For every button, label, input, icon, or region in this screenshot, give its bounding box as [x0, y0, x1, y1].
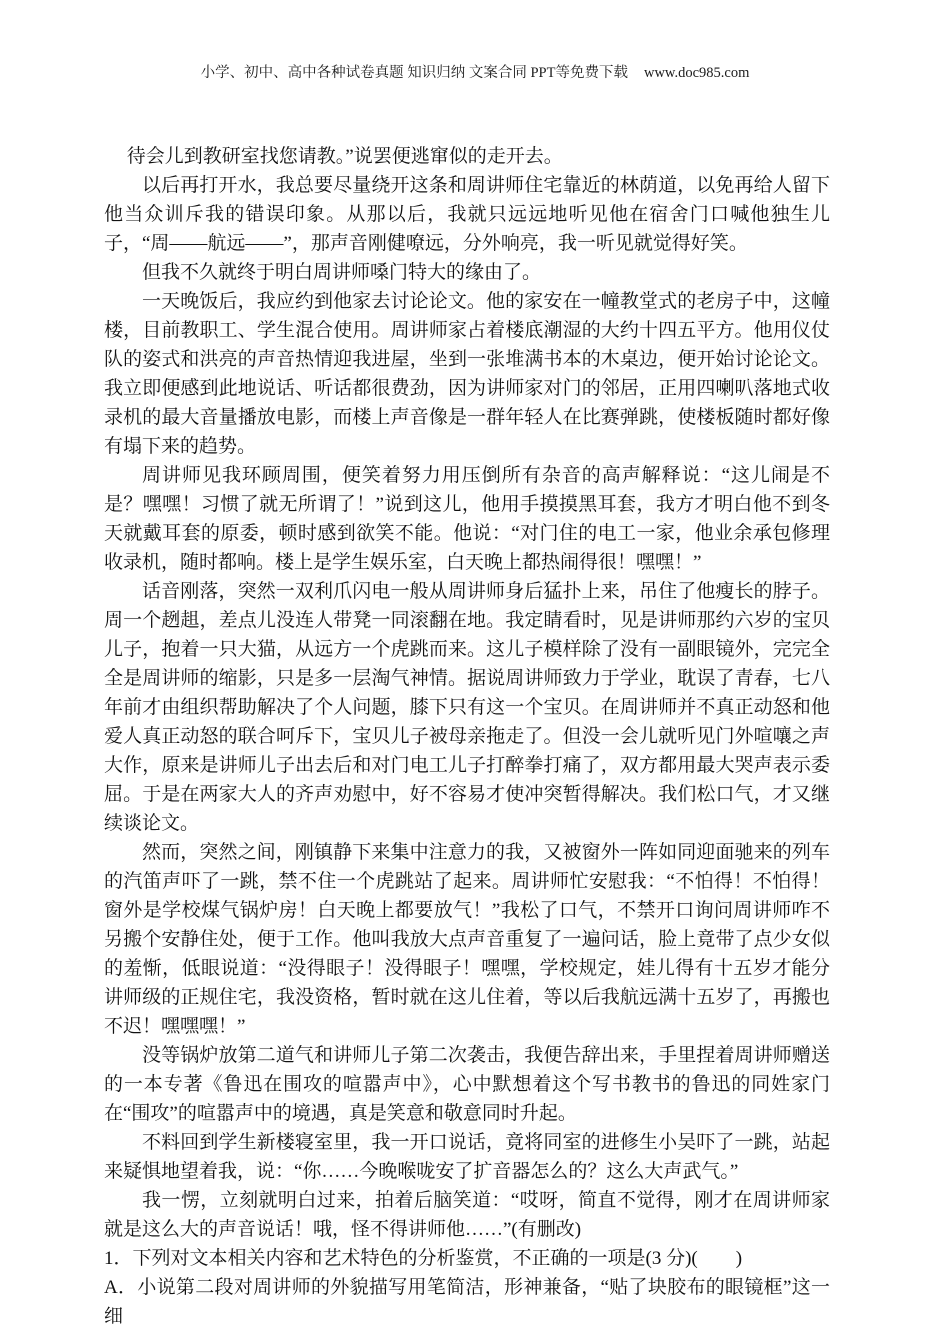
- site-watermark-header: 小学、初中、高中各种试卷真题 知识归纳 文案合同 PPT等免费下载www.doc…: [0, 63, 950, 84]
- paragraph: 话音刚落，突然一双利爪闪电一般从周讲师身后猛扑上来，吊住了他瘦长的脖子。周一个趔…: [104, 577, 830, 838]
- header-promo-text: 小学、初中、高中各种试卷真题 知识归纳 文案合同 PPT等免费下载: [201, 65, 628, 81]
- paragraph: 不料回到学生新楼寝室里，我一开口说话，竟将同室的进修生小吴吓了一跳，站起来疑惧地…: [104, 1128, 830, 1186]
- paragraph: 但我不久就终于明白周讲师嗓门特大的缘由了。: [104, 258, 830, 287]
- paragraph: 我一愣，立刻就明白过来，拍着后脑笑道：“哎呀，简直不觉得，刚才在周讲师家就是这么…: [104, 1186, 830, 1244]
- question-1: 1．下列对文本相关内容和艺术特色的分析鉴赏，不正确的一项是(3 分)( ): [104, 1244, 830, 1273]
- paragraph-continuation: 待会儿到教研室找您请教。”说罢便逃窜似的走开去。: [104, 142, 830, 171]
- exam-document-page: { "header": { "promo": "小学、初中、高中各种试卷真题 知…: [0, 0, 950, 1344]
- option-a: A．小说第二段对周讲师的外貌描写用笔简洁，形神兼备，“贴了块胶布的眼镜框”这一细: [104, 1273, 830, 1331]
- paragraph: 周讲师见我环顾周围，便笑着努力用压倒所有杂音的高声解释说：“这儿闹是不是？嘿嘿！…: [104, 461, 830, 577]
- paragraph: 一天晚饭后，我应约到他家去讨论论文。他的家安在一幢教堂式的老房子中，这幢楼，目前…: [104, 287, 830, 461]
- paragraph: 然而，突然之间，刚镇静下来集中注意力的我，又被窗外一阵如同迎面驰来的列车的汽笛声…: [104, 838, 830, 1041]
- paragraph: 没等锅炉放第二道气和讲师儿子第二次袭击，我便告辞出来，手里捏着周讲师赠送的一本专…: [104, 1041, 830, 1128]
- site-url-text: www.doc985.com: [644, 65, 749, 81]
- passage: 待会儿到教研室找您请教。”说罢便逃窜似的走开去。以后再打开水，我总要尽量绕开这条…: [104, 142, 830, 1331]
- paragraph: 以后再打开水，我总要尽量绕开这条和周讲师住宅靠近的林荫道，以免再给人留下他当众训…: [104, 171, 830, 258]
